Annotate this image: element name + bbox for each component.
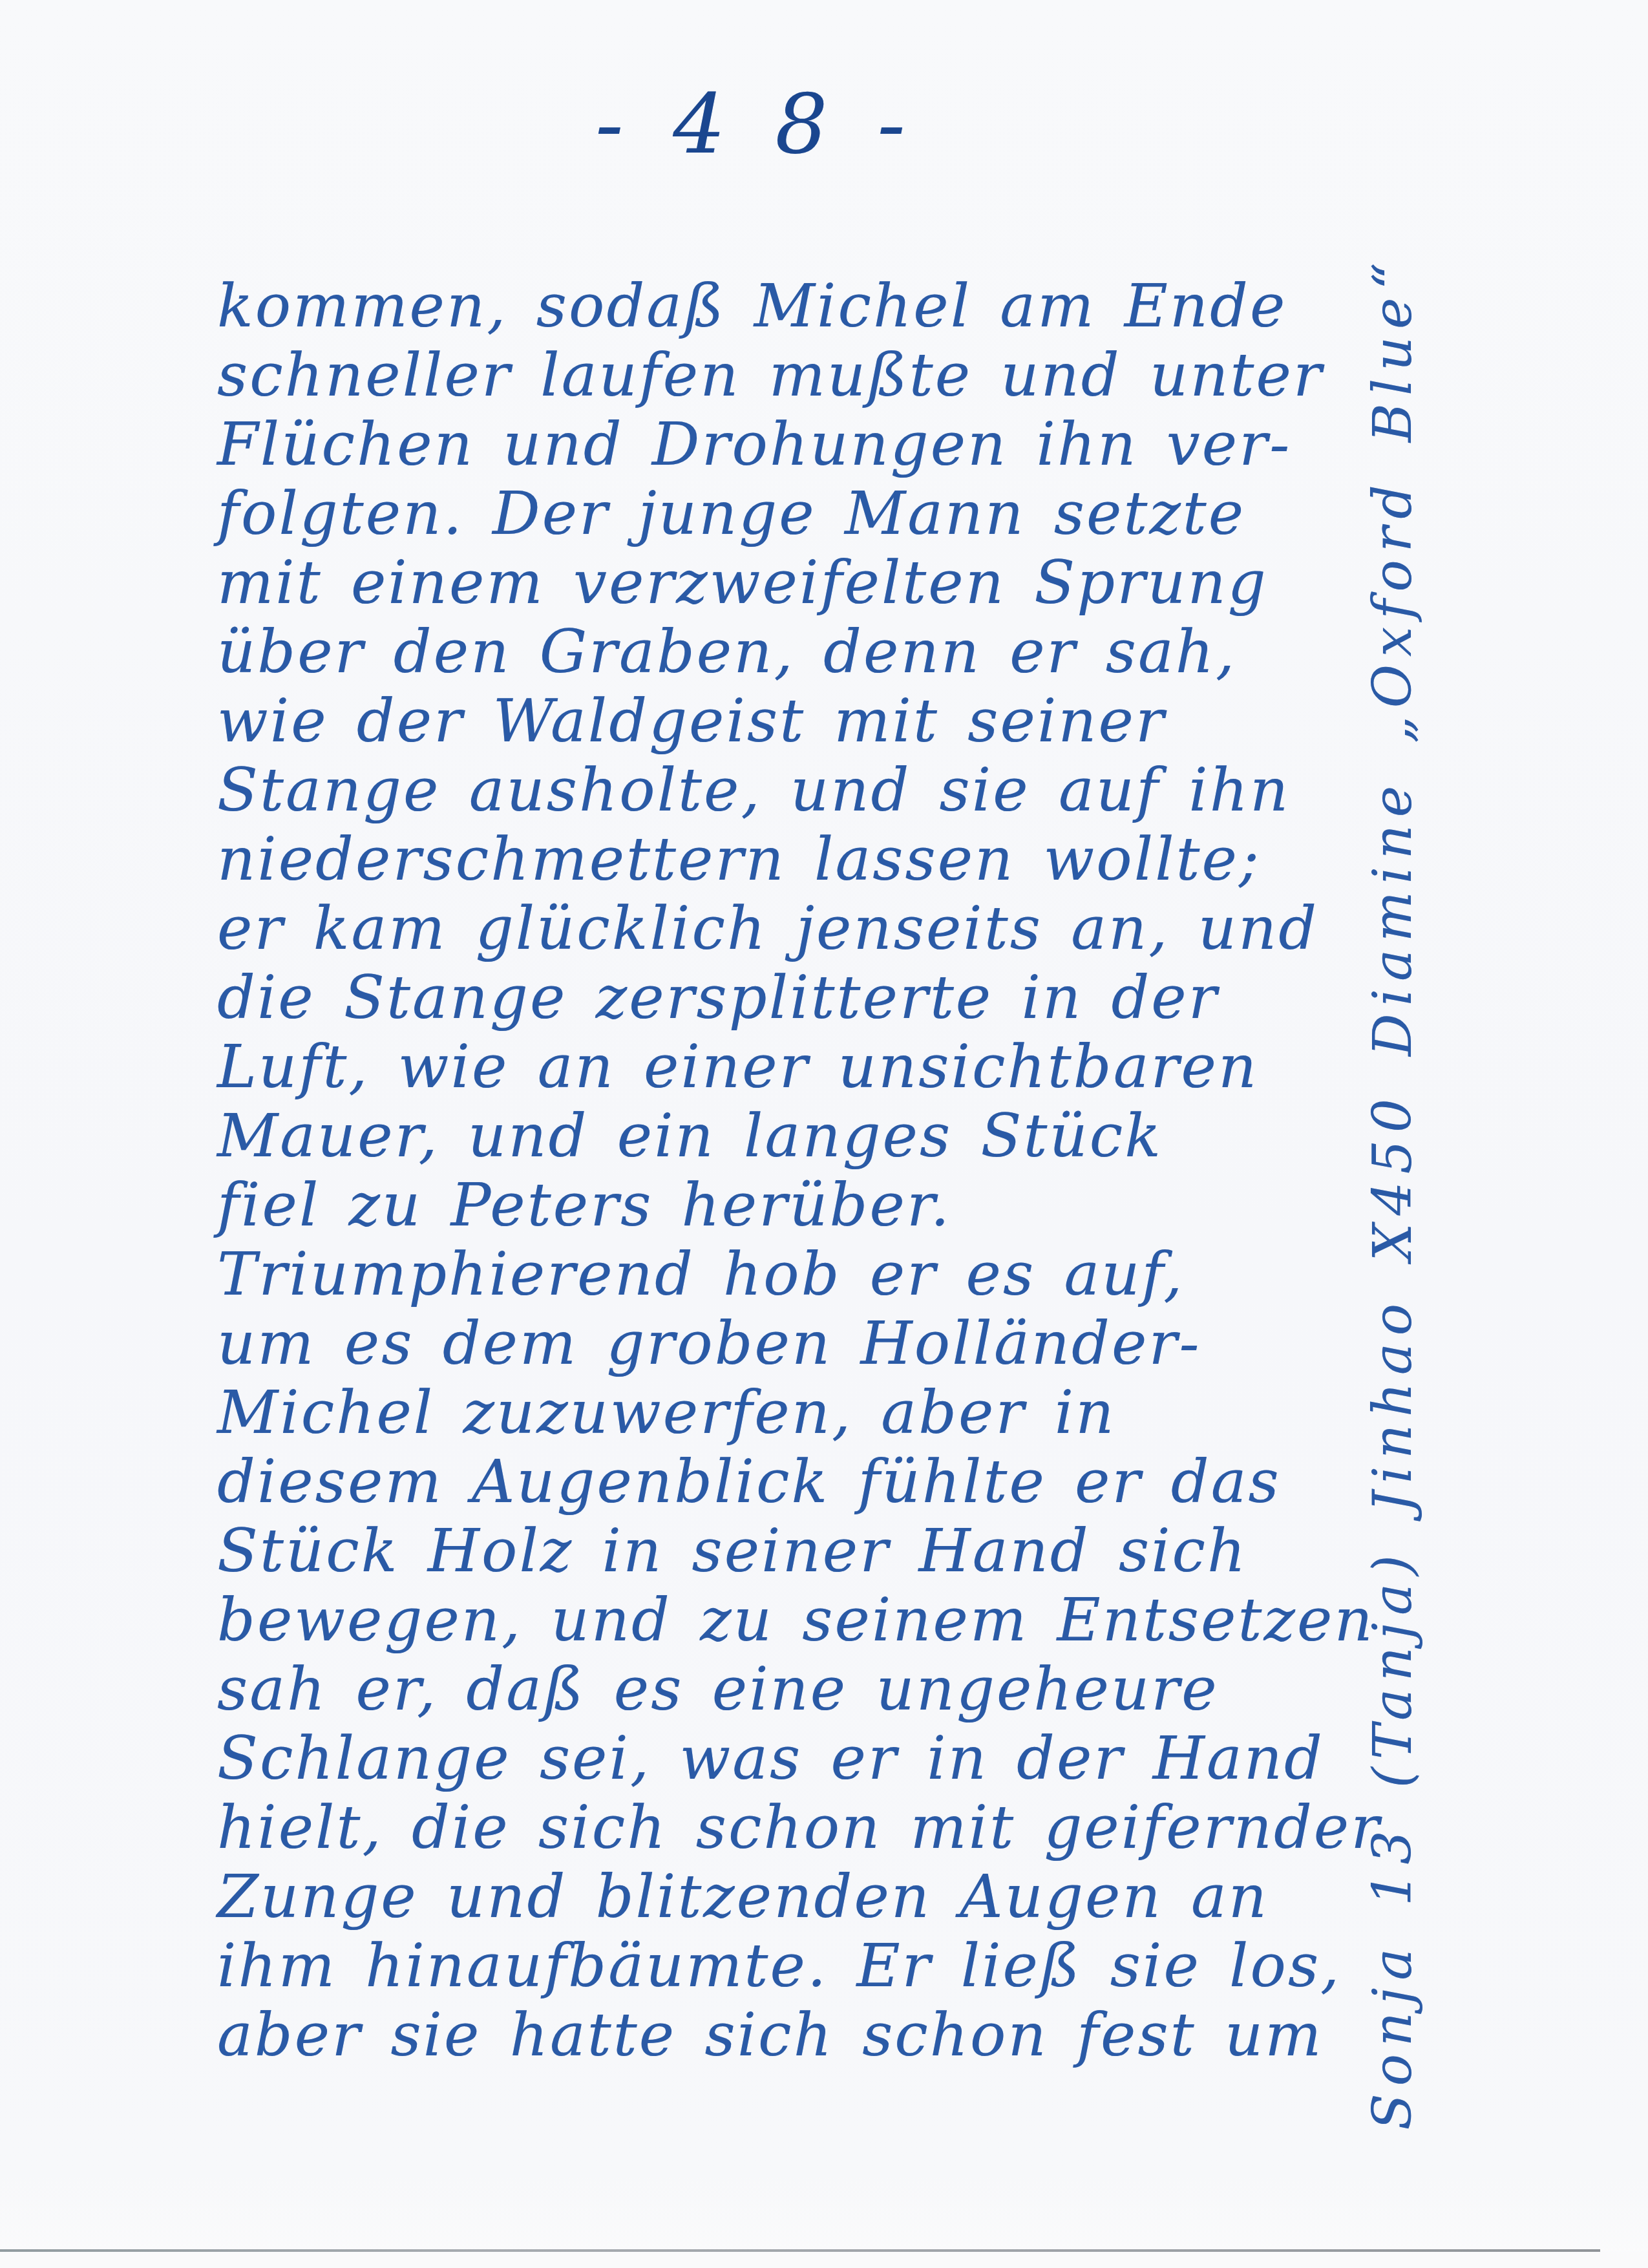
handwriting-line: bewegen, und zu seinem Entsetzen (217, 1585, 1374, 1655)
handwriting-line: um es dem groben Holländer- (217, 1309, 1374, 1378)
handwriting-line: aber sie hatte sich schon fest um (217, 2000, 1374, 2070)
handwriting-line: ihm hinaufbäumte. Er ließ sie los, (217, 1931, 1374, 2000)
scan-background-below-page (0, 2252, 1648, 2268)
handwriting-line: diesem Augenblick fühlte er das (217, 1447, 1374, 1516)
handwriting-line: Schlange sei, was er in der Hand (217, 1724, 1374, 1793)
handwriting-line: er kam glücklich jenseits an, und (217, 894, 1374, 963)
handwriting-line: Zunge und blitzenden Augen an (217, 1862, 1374, 1931)
handwriting-line: über den Graben, denn er sah, (217, 617, 1374, 686)
handwriting-line: Mauer, und ein langes Stück (217, 1101, 1374, 1171)
handwriting-line: Stange ausholte, und sie auf ihn (217, 756, 1374, 825)
handwritten-text-block: kommen, sodaß Michel am Ende schneller l… (217, 271, 1374, 2070)
margin-note-pen-ink-rotated: Sonja 13 (Tanja) Jinhao X450 Diamine „Ox… (1362, 255, 1424, 2130)
handwriting-line: die Stange zersplitterte in der (217, 963, 1374, 1032)
handwriting-line: Michel zuzuwerfen, aber in (217, 1378, 1374, 1447)
handwriting-line: hielt, die sich schon mit geifernder (217, 1793, 1374, 1862)
handwriting-line: Stück Holz in seiner Hand sich (217, 1516, 1374, 1585)
handwriting-line: Luft, wie an einer unsichtbaren (217, 1032, 1374, 1101)
handwriting-line: wie der Waldgeist mit seiner (217, 686, 1374, 756)
handwriting-line: folgten. Der junge Mann setzte (217, 479, 1374, 548)
handwriting-line: Flüchen und Drohungen ihn ver- (217, 410, 1374, 479)
page-number: - 4 8 - (0, 76, 1512, 173)
handwriting-line: niederschmettern lassen wollte; (217, 825, 1374, 894)
handwriting-line: mit einem verzweifelten Sprung (217, 548, 1374, 617)
handwriting-line: Triumphierend hob er es auf, (217, 1240, 1374, 1309)
scanned-handwritten-page: - 4 8 - kommen, sodaß Michel am Ende sch… (0, 0, 1648, 2268)
handwriting-line: schneller laufen mußte und unter (217, 341, 1374, 410)
handwriting-line: fiel zu Peters herüber. (217, 1171, 1374, 1240)
handwriting-line: sah er, daß es eine ungeheure (217, 1655, 1374, 1724)
handwriting-line: kommen, sodaß Michel am Ende (217, 271, 1374, 341)
